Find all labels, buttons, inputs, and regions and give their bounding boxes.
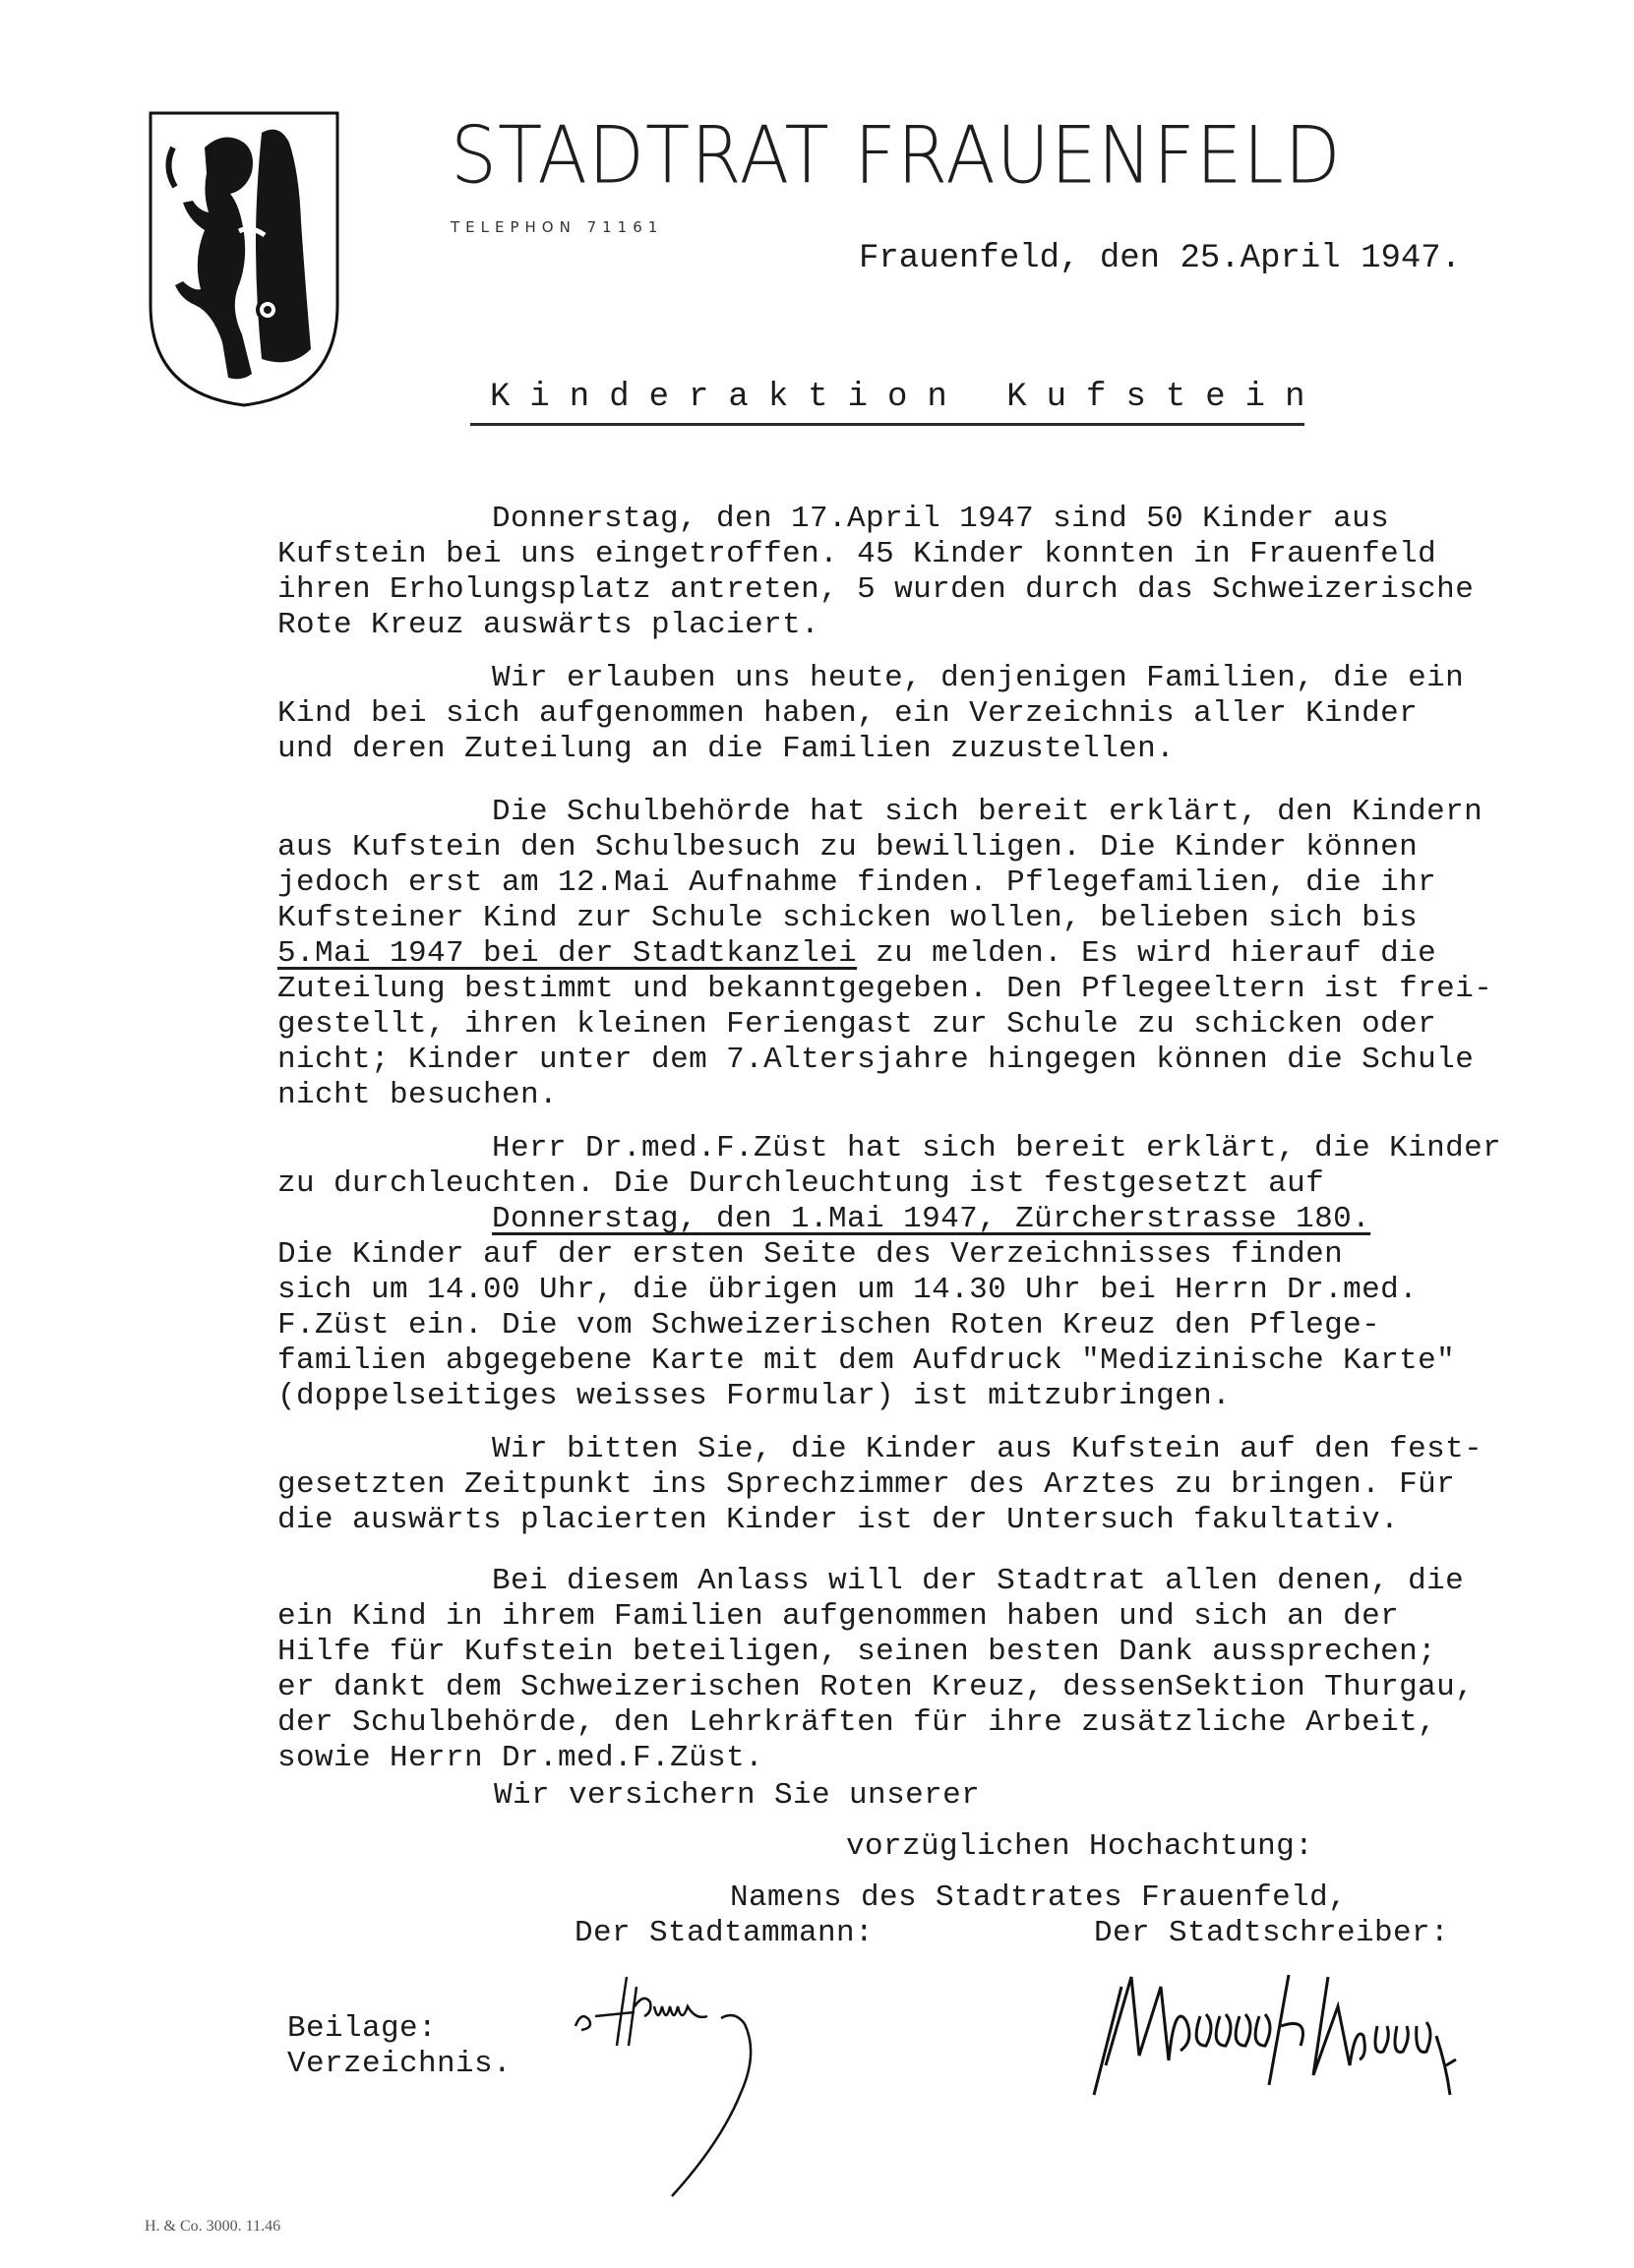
clerk-signature-icon — [1092, 1967, 1535, 2105]
letterhead-title: STADTRAT FRAUENFELD — [451, 110, 1342, 202]
enclosure-value: Verzeichnis. — [287, 2047, 512, 2081]
body-line: Kind bei sich aufgenommen haben, ein Ver… — [277, 696, 1418, 731]
body-line: und deren Zuteilung an die Familien zuzu… — [277, 732, 1175, 766]
date-line: Frauenfeld, den 25.April 1947. — [859, 240, 1461, 277]
body-line: ihren Erholungsplatz antreten, 5 wurden … — [277, 572, 1474, 607]
body-line: nicht; Kinder unter dem 7.Altersjahre hi… — [277, 1043, 1474, 1077]
closing-signatory: Namens des Stadtrates Frauenfeld, — [730, 1880, 1347, 1915]
deadline-underlined: 5.Mai 1947 bei der Stadtkanzlei — [277, 936, 857, 971]
body-line: Herr Dr.med.F.Züst hat sich bereit erklä… — [492, 1131, 1501, 1165]
body-line: die auswärts placierten Kinder ist der U… — [277, 1503, 1399, 1537]
enclosure-label: Beilage: — [287, 2011, 437, 2046]
body-line: Die Kinder auf der ersten Seite des Verz… — [277, 1237, 1343, 1272]
body-line: ein Kind in ihrem Familien aufgenommen h… — [277, 1599, 1399, 1634]
body-line: sowie Herrn Dr.med.F.Züst. — [277, 1741, 763, 1775]
subject-underline — [470, 423, 1304, 426]
printer-imprint: H. & Co. 3000. 11.46 — [145, 2218, 280, 2236]
body-line: Wir erlauben uns heute, denjenigen Famil… — [492, 661, 1464, 695]
body-line: Die Schulbehörde hat sich bereit erklärt… — [492, 795, 1483, 829]
body-line: zu durchleuchten. Die Durchleuchtung ist… — [277, 1166, 1324, 1201]
body-line: familien abgegebene Karte mit dem Aufdru… — [277, 1343, 1455, 1378]
coat-of-arms-icon — [146, 108, 342, 408]
body-line: sich um 14.00 Uhr, die übrigen um 14.30 … — [277, 1273, 1418, 1307]
body-line: Bei diesem Anlass will der Stadtrat alle… — [492, 1564, 1464, 1598]
body-line: aus Kufstein den Schulbesuch zu bewillig… — [277, 830, 1418, 865]
body-line: Donnerstag, den 17.April 1947 sind 50 Ki… — [492, 502, 1389, 536]
body-line: Hilfe für Kufstein beteiligen, seinen be… — [277, 1635, 1436, 1669]
body-line: nicht besuchen. — [277, 1078, 558, 1112]
body-line: jedoch erst am 12.Mai Aufnahme finden. P… — [277, 865, 1436, 900]
body-line: Zuteilung bestimmt und bekanntgegeben. D… — [277, 972, 1492, 1006]
body-line: er dankt dem Schweizerischen Roten Kreuz… — [277, 1670, 1474, 1704]
body-line: der Schulbehörde, den Lehrkräften für ih… — [277, 1705, 1436, 1740]
signer-role-mayor: Der Stadtammann: — [575, 1916, 874, 1950]
body-text: zu melden. Es wird hierauf die — [857, 936, 1436, 971]
body-line: (doppelseitiges weisses Formular) ist mi… — [277, 1379, 1231, 1413]
body-line: gestellt, ihren kleinen Feriengast zur S… — [277, 1007, 1436, 1042]
appointment-underlined: Donnerstag, den 1.Mai 1947, Zürcherstras… — [492, 1202, 1370, 1236]
closing-line: Wir versichern Sie unserer — [494, 1778, 980, 1813]
body-line: gesetzten Zeitpunkt ins Sprechzimmer des… — [277, 1467, 1455, 1502]
closing-line: vorzüglichen Hochachtung: — [846, 1829, 1313, 1864]
body-line: F.Züst ein. Die vom Schweizerischen Rote… — [277, 1308, 1380, 1343]
body-line: Wir bitten Sie, die Kinder aus Kufstein … — [492, 1432, 1483, 1466]
letterhead-telephone: TELEPHON 71161 — [451, 218, 663, 236]
mayor-signature-icon — [566, 1957, 861, 2193]
signer-role-clerk: Der Stadtschreiber: — [1094, 1916, 1449, 1950]
body-line: Kufsteiner Kind zur Schule schicken woll… — [277, 901, 1418, 935]
body-line: 5.Mai 1947 bei der Stadtkanzlei zu melde… — [277, 936, 1436, 971]
subject-heading: Kinderaktion Kufstein — [490, 379, 1324, 416]
body-line: Rote Kreuz auswärts placiert. — [277, 608, 819, 642]
body-line: Kufstein bei uns eingetroffen. 45 Kinder… — [277, 537, 1436, 571]
